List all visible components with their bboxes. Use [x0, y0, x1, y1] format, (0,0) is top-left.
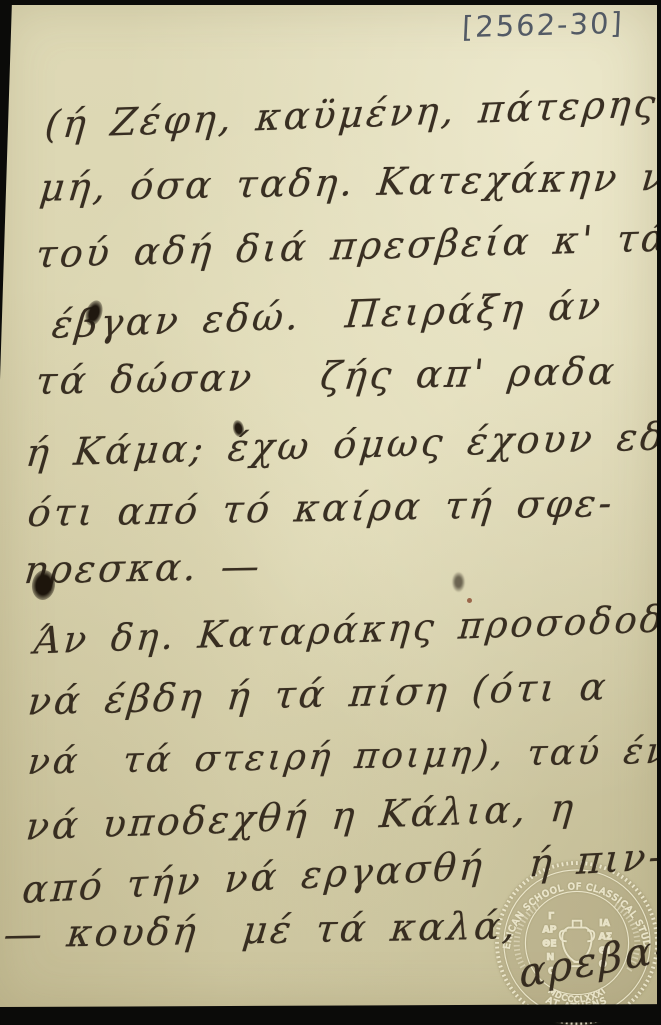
handwritten-line-8: ηρεσκα. — — [22, 544, 265, 592]
svg-text:ΙΑ: ΙΑ — [599, 918, 611, 929]
foxing-spot — [467, 598, 472, 603]
svg-text:ΑΡ: ΑΡ — [542, 925, 556, 936]
smudge-stain — [452, 572, 465, 592]
scanned-letter: [2562-30] (ή Ζέφη, καϋμένη, πάτερης μή, … — [0, 0, 661, 1025]
scan-border-right — [657, 0, 661, 1025]
svg-text:Γ: Γ — [548, 911, 554, 922]
scan-border-top — [0, 0, 661, 5]
archival-number-annotation: [2562-30] — [461, 6, 624, 44]
scan-border-bottom — [0, 1004, 661, 1025]
handwritten-line-14: — κουδή μέ τά καλά, — [2, 903, 521, 956]
